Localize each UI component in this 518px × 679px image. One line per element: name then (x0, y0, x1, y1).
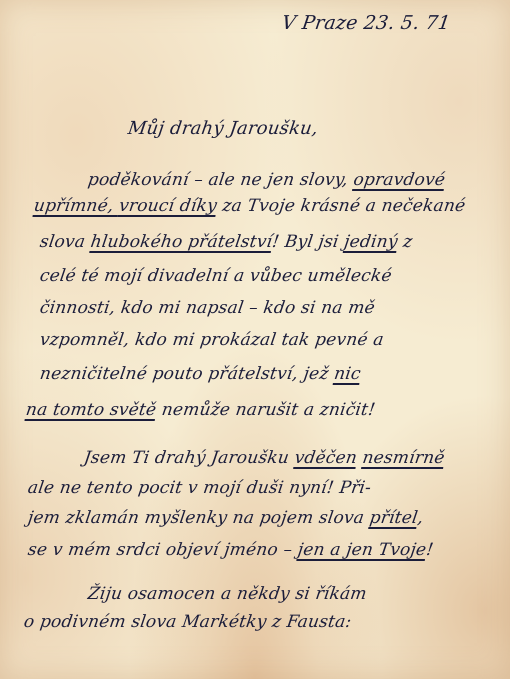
letter-line: celé té mojí divadelní a vůbec umělecké (39, 266, 394, 286)
underlined-text: vroucí díky (118, 196, 219, 216)
line-text: poděkování – ale ne jen slovy, (87, 170, 355, 190)
line-text: jem zklamán myšlenky na pojem slova (27, 508, 372, 528)
line-text: činnosti, kdo mi napsal – kdo si na mě (39, 298, 377, 318)
underlined-text: na tomto světě (25, 400, 158, 420)
underlined-text: přítel (368, 508, 419, 528)
letter-line: o podivném slova Markétky z Fausta: (23, 612, 353, 632)
letter-line: poděkování – ale ne jen slovy, opravdové (87, 170, 447, 190)
letter-line: nezničitelné pouto přátelství, jež nic (39, 364, 362, 384)
line-text: se v mém srdci objeví jméno – (27, 540, 300, 560)
line-text: o podivném slova Markétky z Fausta: (23, 612, 353, 632)
underlined-text: vděčen (293, 448, 358, 468)
letter-line: na tomto světě nemůže narušit a zničit! (25, 400, 377, 420)
line-text: vzpomněl, kdo mi prokázal tak pevné a (39, 330, 385, 350)
letter-line: se v mém srdci objeví jméno – jen a jen … (27, 540, 435, 560)
letter-line: slova hlubokého přátelství! Byl jsi jedi… (39, 232, 414, 252)
line-text: ale ne tento pocit v mojí duši nyní! Při… (27, 478, 373, 498)
line-text: nezničitelné pouto přátelství, jež (39, 364, 336, 384)
letter-line: ale ne tento pocit v mojí duši nyní! Při… (27, 478, 373, 498)
line-text: za Tvoje krásné a nečekané (215, 196, 466, 216)
letter-line: Žiju osamocen a někdy si říkám (87, 584, 368, 604)
line-text: z (396, 232, 414, 252)
salutation: Můj drahý Jaroušku, (127, 118, 320, 139)
letter-line: upřímné, vroucí díky za Tvoje krásné a n… (33, 196, 467, 216)
line-text: ! Byl jsi (271, 232, 346, 252)
line-text: slova (39, 232, 93, 252)
underlined-text: nic (333, 364, 362, 384)
underlined-text: jediný (343, 232, 399, 252)
line-text: Jsem Ti drahý Jaroušku (83, 448, 296, 468)
place-date: V Praze 23. 5. 71 (280, 12, 451, 34)
underlined-text: upřímné, (33, 196, 121, 216)
line-text: celé té mojí divadelní a vůbec umělecké (39, 266, 394, 286)
letter-line: Jsem Ti drahý Jaroušku vděčen nesmírně (83, 448, 446, 468)
letter-line: jem zklamán myšlenky na pojem slova přít… (27, 508, 425, 528)
letter-line: vzpomněl, kdo mi prokázal tak pevné a (39, 330, 385, 350)
letter-line: činnosti, kdo mi napsal – kdo si na mě (39, 298, 377, 318)
underlined-text: jen a jen Tvoje (296, 540, 427, 560)
line-text: nemůže narušit a zničit! (155, 400, 377, 420)
line-text: Žiju osamocen a někdy si říkám (87, 584, 368, 604)
underlined-text: opravdové (352, 170, 446, 190)
underlined-text: hlubokého přátelství (89, 232, 273, 252)
underlined-text: nesmírně (361, 448, 446, 468)
